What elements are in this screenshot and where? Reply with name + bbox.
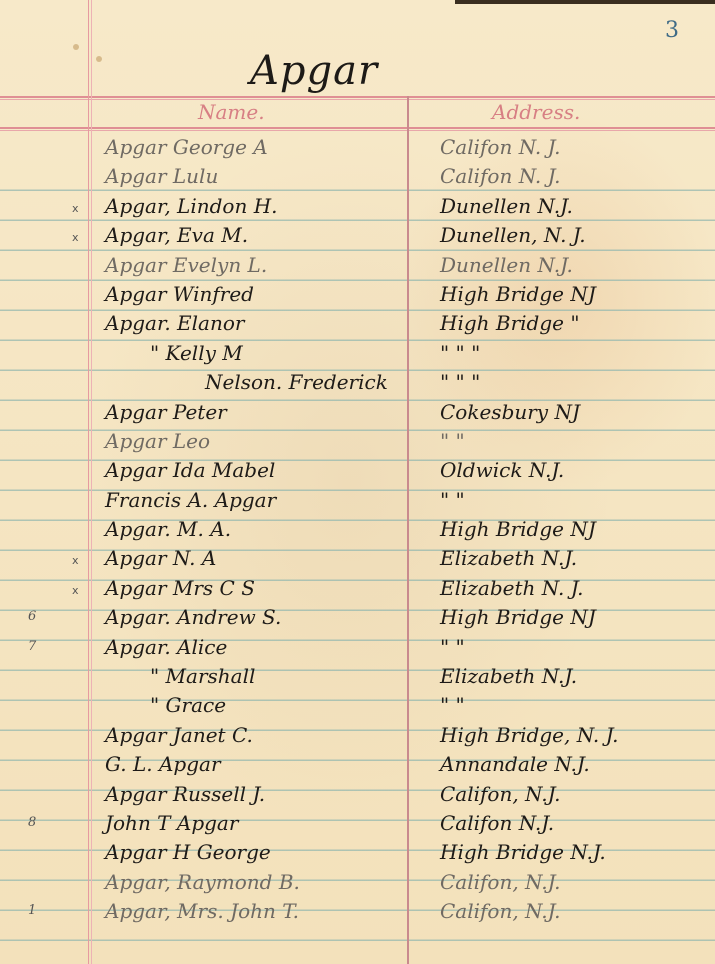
paper-stain: [96, 56, 102, 62]
entry-name: Apgar, Raymond B.: [105, 870, 405, 894]
entry-row: x Apgar, Lindon H. Dunellen N.J.: [0, 192, 715, 221]
entry-row: " Grace " ": [0, 691, 715, 720]
entry-row: 7 Apgar. Alice " ": [0, 633, 715, 662]
entry-row: Apgar Russell J. Califon, N.J.: [0, 780, 715, 809]
entry-row: G. L. Apgar Annandale N.J.: [0, 750, 715, 779]
entry-name: Apgar Janet C.: [105, 723, 405, 747]
paper-stain: [73, 44, 79, 50]
entry-row: Apgar Lulu Califon N. J.: [0, 162, 715, 191]
entry-name: Apgar Lulu: [105, 164, 405, 188]
name-column-header: Name.: [198, 100, 265, 124]
entry-address: " " ": [440, 370, 710, 394]
entry-name: Apgar, Mrs. John T.: [105, 899, 405, 923]
entry-address: Califon, N.J.: [440, 899, 710, 923]
entry-address: Dunellen N.J.: [440, 194, 710, 218]
header-rule: [0, 99, 715, 100]
entry-name: Apgar Winfred: [105, 282, 405, 306]
address-column-header: Address.: [492, 100, 580, 124]
entry-address: Dunellen, N. J.: [440, 223, 710, 247]
entry-name: " Grace: [150, 693, 450, 717]
entry-name: Apgar H George: [105, 840, 405, 864]
entry-row: Apgar. Elanor High Bridge ": [0, 309, 715, 338]
entry-row: Apgar Peter Cokesbury NJ: [0, 398, 715, 427]
entry-row: Francis A. Apgar " ": [0, 486, 715, 515]
entry-row: " Kelly M " " ": [0, 339, 715, 368]
entry-name: Apgar. M. A.: [105, 517, 405, 541]
entry-address: Califon, N.J.: [440, 870, 710, 894]
entry-address: Califon, N.J.: [440, 782, 710, 806]
entry-name: Apgar Leo: [105, 429, 405, 453]
page-edge-shadow: [455, 0, 715, 4]
entry-address: Califon N. J.: [440, 135, 710, 159]
ledger-page: 3 Apgar Name. Address. Apgar George A Ca…: [0, 0, 715, 964]
entry-address: High Bridge NJ: [440, 605, 710, 629]
entry-address: " ": [440, 635, 710, 659]
entry-address: High Bridge NJ: [440, 517, 710, 541]
margin-number: 7: [28, 639, 36, 654]
entry-name: Apgar, Lindon H.: [105, 194, 405, 218]
header-rule: [0, 127, 715, 129]
entry-row: Apgar Evelyn L. Dunellen N.J.: [0, 251, 715, 280]
header-rule: [0, 130, 715, 131]
entry-row: 6 Apgar. Andrew S. High Bridge NJ: [0, 603, 715, 632]
entry-name: " Kelly M: [150, 341, 450, 365]
entry-address: Elizabeth N. J.: [440, 576, 710, 600]
margin-number: 1: [28, 903, 36, 918]
entry-row: Apgar, Raymond B. Califon, N.J.: [0, 868, 715, 897]
entry-address: Califon N.J.: [440, 811, 710, 835]
header-rule: [0, 96, 715, 98]
entry-address: " " ": [440, 341, 710, 365]
entry-name: Apgar George A: [105, 135, 405, 159]
entry-name: G. L. Apgar: [105, 752, 405, 776]
page-title: Apgar: [250, 48, 378, 94]
entry-address: Annandale N.J.: [440, 752, 710, 776]
entry-address: High Bridge ": [440, 311, 710, 335]
margin-number: 6: [28, 609, 36, 624]
entry-name: Apgar. Andrew S.: [105, 605, 405, 629]
entry-row: 1 Apgar, Mrs. John T. Califon, N.J.: [0, 897, 715, 926]
entry-address: Oldwick N.J.: [440, 458, 710, 482]
entry-address: High Bridge, N. J.: [440, 723, 710, 747]
entry-row: x Apgar, Eva M. Dunellen, N. J.: [0, 221, 715, 250]
page-number: 3: [665, 18, 679, 43]
entry-row: Apgar Janet C. High Bridge, N. J.: [0, 721, 715, 750]
entry-row: " Marshall Elizabeth N.J.: [0, 662, 715, 691]
entry-name: Apgar. Alice: [105, 635, 405, 659]
entry-row: Apgar H George High Bridge N.J.: [0, 838, 715, 867]
entry-name: Apgar Peter: [105, 400, 405, 424]
margin-number: 8: [28, 815, 36, 830]
entry-row: x Apgar N. A Elizabeth N.J.: [0, 544, 715, 573]
entry-row: 8 John T Apgar Califon N.J.: [0, 809, 715, 838]
entry-address: " ": [440, 693, 710, 717]
entry-address: Cokesbury NJ: [440, 400, 710, 424]
entry-name: John T Apgar: [105, 811, 405, 835]
check-mark: x: [72, 231, 79, 244]
entry-address: Elizabeth N.J.: [440, 664, 710, 688]
check-mark: x: [72, 584, 79, 597]
entry-address: High Bridge NJ: [440, 282, 710, 306]
entry-name: Apgar. Elanor: [105, 311, 405, 335]
entry-address: " ": [440, 429, 710, 453]
entry-address: Elizabeth N.J.: [440, 546, 710, 570]
entry-name: Apgar Russell J.: [105, 782, 405, 806]
entry-row: x Apgar Mrs C S Elizabeth N. J.: [0, 574, 715, 603]
entry-row: Apgar Winfred High Bridge NJ: [0, 280, 715, 309]
entry-name: Apgar Evelyn L.: [105, 253, 405, 277]
entry-row: Apgar George A Califon N. J.: [0, 133, 715, 162]
entry-name: Apgar Ida Mabel: [105, 458, 405, 482]
entry-row: Apgar. M. A. High Bridge NJ: [0, 515, 715, 544]
entry-address: " ": [440, 488, 710, 512]
check-mark: x: [72, 554, 79, 567]
entry-address: High Bridge N.J.: [440, 840, 710, 864]
entry-row: Apgar Ida Mabel Oldwick N.J.: [0, 456, 715, 485]
entry-name: Apgar, Eva M.: [105, 223, 405, 247]
entry-name: Apgar Mrs C S: [105, 576, 405, 600]
entry-address: Califon N. J.: [440, 164, 710, 188]
entry-name: Apgar N. A: [105, 546, 405, 570]
entry-address: Dunellen N.J.: [440, 253, 710, 277]
entry-name: " Marshall: [150, 664, 450, 688]
entry-row: Apgar Leo " ": [0, 427, 715, 456]
entry-row: Nelson. Frederick " " ": [0, 368, 715, 397]
entry-name: Francis A. Apgar: [105, 488, 405, 512]
entry-list: Apgar George A Califon N. J. Apgar Lulu …: [0, 133, 715, 927]
check-mark: x: [72, 202, 79, 215]
